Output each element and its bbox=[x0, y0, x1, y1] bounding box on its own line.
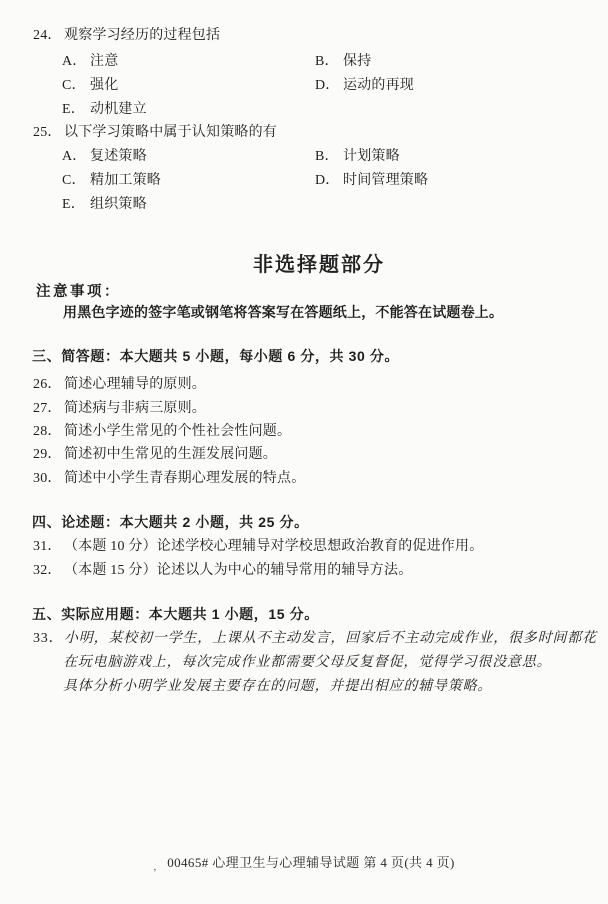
option-text: 动机建立 bbox=[90, 102, 147, 117]
question-text: 在玩电脑游戏上，每次完成作业都需要父母反复督促，觉得学习很没意思。 bbox=[63, 655, 551, 670]
option-b: B．计划策略 bbox=[315, 149, 400, 164]
question-25-options-row-ab: A．复述策略B．计划策略 bbox=[62, 148, 400, 166]
question-number: 30． bbox=[33, 470, 64, 488]
question-text: 简述病与非病三原则。 bbox=[64, 401, 206, 416]
question-33-line-2: 在玩电脑游戏上，每次完成作业都需要父母反复督促，觉得学习很没意思。 bbox=[63, 654, 551, 672]
question-stem: 观察学习经历的过程包括 bbox=[64, 28, 220, 43]
option-text: 强化 bbox=[90, 78, 118, 93]
option-letter: C． bbox=[62, 172, 90, 190]
option-text: 精加工策略 bbox=[90, 173, 161, 188]
option-d: D．运动的再现 bbox=[315, 78, 414, 93]
scan-artifact-mark: ， bbox=[153, 862, 163, 873]
question-text: 简述心理辅导的原则。 bbox=[64, 377, 206, 392]
option-text: 组织策略 bbox=[90, 197, 147, 212]
option-c: C．强化 bbox=[62, 77, 315, 95]
option-text: 运动的再现 bbox=[343, 78, 414, 93]
notice-body: 用黑色字迹的签字笔或钢笔将答案写在答题纸上，不能答在试题卷上。 bbox=[63, 305, 503, 323]
question-text: 具体分析小明学业发展主要存在的问题，并提出相应的辅导策略。 bbox=[63, 679, 492, 694]
part-heading: 非选择题部分 bbox=[0, 248, 608, 277]
option-d: D．时间管理策略 bbox=[315, 173, 428, 188]
question-text: 简述初中生常见的生涯发展问题。 bbox=[64, 447, 277, 462]
option-letter: D． bbox=[315, 172, 343, 190]
question-24-options-row-e: E．动机建立 bbox=[62, 101, 147, 119]
page-footer: ，00465# 心理卫生与心理辅导试题 第 4 页(共 4 页) bbox=[0, 852, 608, 873]
question-number: 28． bbox=[33, 423, 64, 441]
question-32: 32．（本题 15 分）论述以人为中心的辅导常用的辅导方法。 bbox=[33, 562, 412, 580]
question-26: 26．简述心理辅导的原则。 bbox=[33, 376, 206, 394]
section-4-header: 四、论述题：本大题共 2 小题，共 25 分。 bbox=[32, 513, 309, 531]
question-number: 26． bbox=[33, 376, 64, 394]
question-number: 27． bbox=[33, 400, 64, 418]
option-text: 注意 bbox=[90, 54, 118, 69]
question-25-options-row-e: E．组织策略 bbox=[62, 196, 147, 214]
option-text: 时间管理策略 bbox=[343, 173, 428, 188]
question-24-stem-line: 24．观察学习经历的过程包括 bbox=[33, 27, 220, 45]
option-letter: B． bbox=[315, 148, 343, 166]
option-e: E．组织策略 bbox=[62, 197, 147, 212]
question-24-options-row-ab: A．注意B．保持 bbox=[62, 53, 371, 71]
option-e: E．动机建立 bbox=[62, 102, 147, 117]
question-27: 27．简述病与非病三原则。 bbox=[33, 400, 206, 418]
option-letter: C． bbox=[62, 77, 90, 95]
question-number: 33． bbox=[33, 630, 64, 648]
question-text: （本题 15 分）论述以人为中心的辅导常用的辅导方法。 bbox=[64, 563, 412, 578]
question-number: 31． bbox=[33, 538, 64, 556]
exam-paper-page: 24．观察学习经历的过程包括 A．注意B．保持 C．强化D．运动的再现 E．动机… bbox=[0, 0, 608, 904]
section-3-header: 三、简答题：本大题共 5 小题，每小题 6 分，共 30 分。 bbox=[32, 347, 399, 365]
question-24-options-row-cd: C．强化D．运动的再现 bbox=[62, 77, 414, 95]
question-stem: 以下学习策略中属于认知策略的有 bbox=[64, 125, 277, 140]
question-31: 31．（本题 10 分）论述学校心理辅导对学校思想政治教育的促进作用。 bbox=[33, 538, 483, 556]
option-a: A．复述策略 bbox=[62, 148, 315, 166]
question-number: 29． bbox=[33, 446, 64, 464]
option-letter: A． bbox=[62, 148, 90, 166]
question-25-options-row-cd: C．精加工策略D．时间管理策略 bbox=[62, 172, 428, 190]
question-text: 简述中小学生青春期心理发展的特点。 bbox=[64, 471, 305, 486]
option-letter: E． bbox=[62, 101, 90, 119]
question-text: 小明，某校初一学生，上课从不主动发言，回家后不主动完成作业，很多时间都花 bbox=[64, 631, 597, 646]
option-text: 保持 bbox=[343, 54, 371, 69]
question-number: 24． bbox=[33, 27, 64, 45]
option-b: B．保持 bbox=[315, 54, 371, 69]
option-text: 计划策略 bbox=[343, 149, 400, 164]
notice-title: 注意事项： bbox=[36, 283, 121, 301]
question-33-line-1: 33．小明，某校初一学生，上课从不主动发言，回家后不主动完成作业，很多时间都花 bbox=[33, 630, 597, 648]
option-a: A．注意 bbox=[62, 53, 315, 71]
question-28: 28．简述小学生常见的个性社会性问题。 bbox=[33, 423, 291, 441]
question-29: 29．简述初中生常见的生涯发展问题。 bbox=[33, 446, 277, 464]
question-text: （本题 10 分）论述学校心理辅导对学校思想政治教育的促进作用。 bbox=[64, 539, 483, 554]
question-33-line-3: 具体分析小明学业发展主要存在的问题，并提出相应的辅导策略。 bbox=[63, 678, 492, 696]
page-footer-text: 00465# 心理卫生与心理辅导试题 第 4 页(共 4 页) bbox=[167, 855, 455, 870]
question-number: 32． bbox=[33, 562, 64, 580]
section-5-header: 五、实际应用题：本大题共 1 小题，15 分。 bbox=[32, 605, 319, 623]
option-c: C．精加工策略 bbox=[62, 172, 315, 190]
option-letter: B． bbox=[315, 53, 343, 71]
question-text: 简述小学生常见的个性社会性问题。 bbox=[64, 424, 291, 439]
option-text: 复述策略 bbox=[90, 149, 147, 164]
question-number: 25． bbox=[33, 124, 64, 142]
option-letter: A． bbox=[62, 53, 90, 71]
question-25-stem-line: 25．以下学习策略中属于认知策略的有 bbox=[33, 124, 277, 142]
question-30: 30．简述中小学生青春期心理发展的特点。 bbox=[33, 470, 305, 488]
option-letter: D． bbox=[315, 77, 343, 95]
option-letter: E． bbox=[62, 196, 90, 214]
